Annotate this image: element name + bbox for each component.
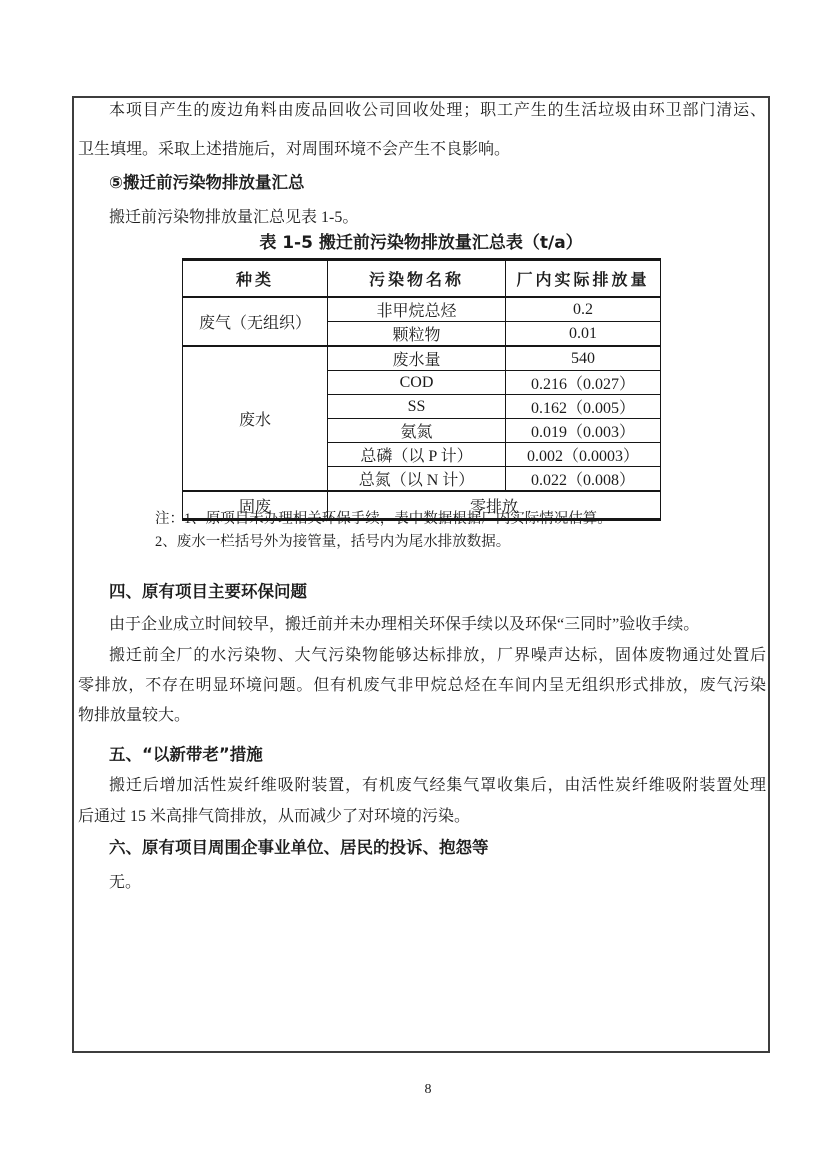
table-cell: 总磷（以 P 计） <box>328 443 506 467</box>
table-cell: 0.019（0.003） <box>506 419 661 443</box>
table-row: 废气（无组织） 非甲烷总烃 0.2 <box>183 297 661 322</box>
table-header-row: 种类 污染物名称 厂内实际排放量 <box>183 260 661 298</box>
table-cell: 0.022（0.008） <box>506 467 661 492</box>
table-cell: 总氮（以 N 计） <box>328 467 506 492</box>
section-4-paragraph-2-line-2: 零排放，不存在明显环境问题。但有机废气非甲烷总烃在车间内呈无组织形式排放，废气污… <box>78 673 766 699</box>
table-title: 表 1-5 搬迁前污染物排放量汇总表（t/a） <box>72 231 770 255</box>
table-note-line-2: 2、废水一栏括号外为接管量，括号内为尾水排放数据。 <box>155 531 715 553</box>
pollutant-summary-table: 种类 污染物名称 厂内实际排放量 废气（无组织） 非甲烷总烃 0.2 颗粒物 0… <box>182 258 661 521</box>
document-page: 本项目产生的废边角料由废品回收公司回收处理；职工产生的生活垃圾由环卫部门清运、 … <box>0 0 827 1169</box>
table-row: 废水 废水量 540 <box>183 346 661 371</box>
intro-paragraph-line-2: 卫生填埋。采取上述措施后，对周围环境不会产生不良影响。 <box>78 137 766 163</box>
category-cell-waste-water: 废水 <box>183 346 328 491</box>
section-4-paragraph-1: 由于企业成立时间较早，搬迁前并未办理相关环保手续以及环保“三同时”验收手续。 <box>78 612 766 638</box>
intro-paragraph-line-1: 本项目产生的废边角料由废品回收公司回收处理；职工产生的生活垃圾由环卫部门清运、 <box>78 98 766 124</box>
table-cell: 540 <box>506 346 661 371</box>
table-cell: 0.002（0.0003） <box>506 443 661 467</box>
table-cell: 废水量 <box>328 346 506 371</box>
category-cell-waste-gas: 废气（无组织） <box>183 297 328 346</box>
section-6-paragraph: 无。 <box>78 870 766 896</box>
page-number: 8 <box>0 1080 827 1100</box>
heading-section-5: 五、“以新带老”措施 <box>78 742 766 768</box>
heading-pre-relocation-emissions-summary: ⑤搬迁前污染物排放量汇总 <box>78 170 766 196</box>
table-cell: 0.2 <box>506 297 661 322</box>
section-5-paragraph-line-1: 搬迁后增加活性炭纤维吸附装置，有机废气经集气罩收集后，由活性炭纤维吸附装置处理 <box>78 773 766 799</box>
table-cell: COD <box>328 371 506 395</box>
header-cell-pollutant: 污染物名称 <box>328 260 506 298</box>
table-cell: 0.01 <box>506 322 661 347</box>
table-note-line-1: 注：1、原项目未办理相关环保手续，表中数据根据厂内实际情况估算。 <box>155 508 715 530</box>
section-4-paragraph-2-line-1: 搬迁前全厂的水污染物、大气污染物能够达标排放，厂界噪声达标，固体废物通过处置后 <box>78 643 766 669</box>
heading-section-6: 六、原有项目周围企事业单位、居民的投诉、抱怨等 <box>78 835 766 861</box>
table-cell: 颗粒物 <box>328 322 506 347</box>
section-5-paragraph-line-2: 后通过 15 米高排气筒排放，从而减少了对环境的污染。 <box>78 804 766 830</box>
see-table-sentence: 搬迁前污染物排放量汇总见表 1-5。 <box>78 205 766 231</box>
table-cell: 非甲烷总烃 <box>328 297 506 322</box>
header-cell-category: 种类 <box>183 260 328 298</box>
heading-section-4: 四、原有项目主要环保问题 <box>78 579 766 605</box>
table-cell: 0.162（0.005） <box>506 395 661 419</box>
header-cell-emission: 厂内实际排放量 <box>506 260 661 298</box>
table-cell: 0.216（0.027） <box>506 371 661 395</box>
table-cell: SS <box>328 395 506 419</box>
section-4-paragraph-2-line-3: 物排放量较大。 <box>78 703 766 729</box>
table-cell: 氨氮 <box>328 419 506 443</box>
